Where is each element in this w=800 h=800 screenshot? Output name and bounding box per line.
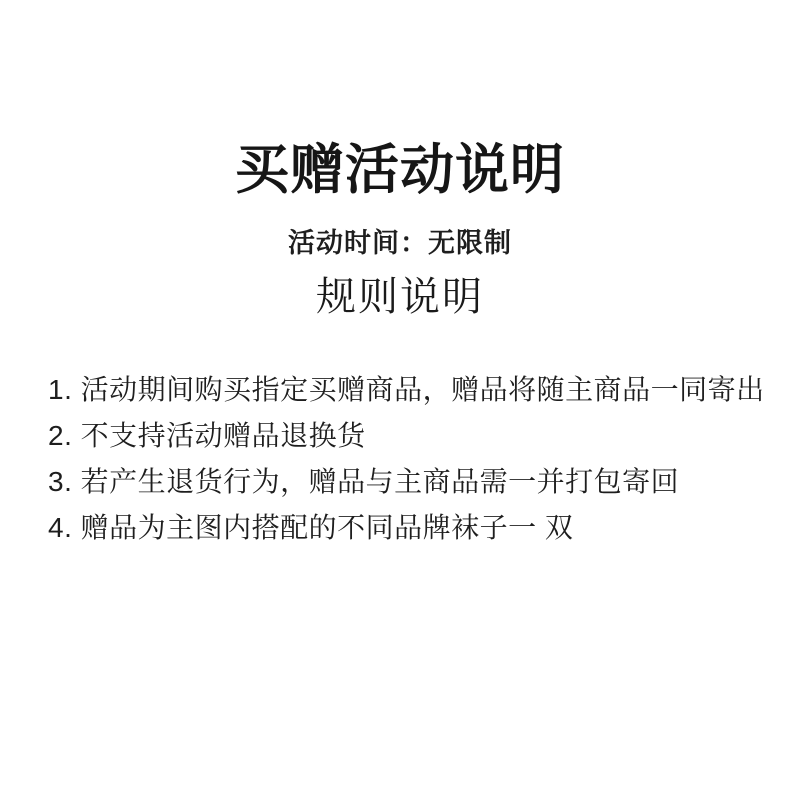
rule-item: 3. 若产生退货行为，赠品与主商品需一并打包寄回 bbox=[48, 459, 760, 505]
rule-item: 2. 不支持活动赠品退换货 bbox=[48, 413, 760, 459]
rule-item: 1. 活动期间购买指定买赠商品，赠品将随主商品一同寄出 bbox=[48, 367, 760, 413]
page-title: 买赠活动说明 bbox=[0, 0, 800, 203]
activity-time-text: 活动时间：无限制 bbox=[0, 227, 800, 259]
buy-gift-notice-page: 买赠活动说明 活动时间：无限制 规则说明 1. 活动期间购买指定买赠商品，赠品将… bbox=[0, 0, 800, 800]
rules-heading: 规则说明 bbox=[0, 273, 800, 321]
rule-item: 4. 赠品为主图内搭配的不同品牌袜子一 双 bbox=[48, 505, 760, 551]
rules-list: 1. 活动期间购买指定买赠商品，赠品将随主商品一同寄出 2. 不支持活动赠品退换… bbox=[0, 367, 800, 551]
